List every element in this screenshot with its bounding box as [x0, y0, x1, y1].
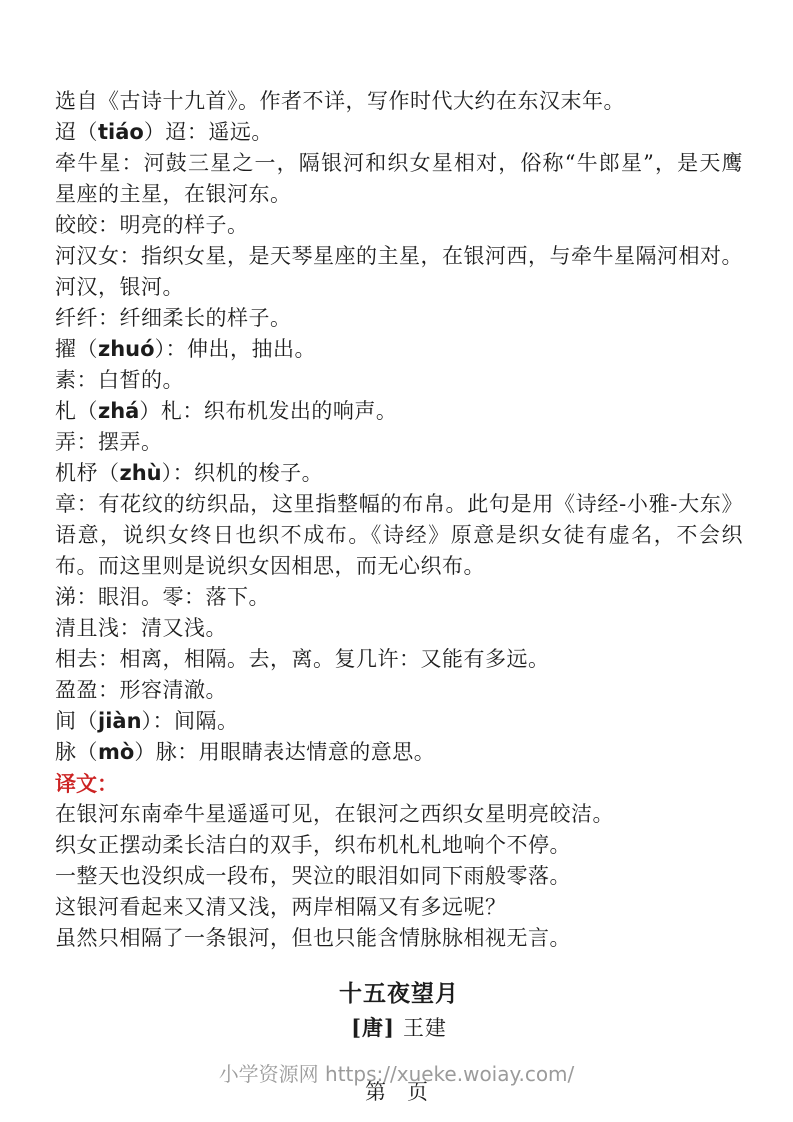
- translation-line: 这银河看起来又清又浅，两岸相隔又有多远呢？: [55, 892, 743, 923]
- translation-heading: 译文：: [55, 768, 743, 799]
- poem-dynasty: [唐]: [351, 1015, 395, 1040]
- poem-author: [唐]王建: [55, 1012, 743, 1044]
- poem-title: 十五夜望月: [55, 978, 743, 1010]
- pinyin-annotation: mò: [98, 740, 134, 764]
- next-poem-header: 十五夜望月 [唐]王建: [55, 978, 743, 1044]
- translation-section: 在银河东南牵牛星遥遥可见，在银河之西织女星明亮皎洁。织女正摆动柔长洁白的双手，织…: [55, 799, 743, 954]
- note-line: 擢（zhuó）：伸出，抽出。: [55, 334, 743, 365]
- document-page: 选自《古诗十九首》。作者不详，写作时代大约在东汉末年。迢（tiáo）迢：遥远。牵…: [0, 0, 793, 1122]
- note-line: 机杼（zhù）：织机的梭子。: [55, 458, 743, 489]
- pinyin-annotation: zhá: [98, 399, 139, 423]
- note-line: 纤纤：纤细柔长的样子。: [55, 303, 743, 334]
- translation-line: 在银河东南牵牛星遥遥可见，在银河之西织女星明亮皎洁。: [55, 799, 743, 830]
- pinyin-annotation: tiáo: [98, 120, 144, 144]
- pinyin-annotation: jiàn: [98, 709, 142, 733]
- translation-line: 虽然只相隔了一条银河，但也只能含情脉脉相视无言。: [55, 923, 743, 954]
- pinyin-annotation: zhuó: [98, 337, 155, 361]
- note-line: 札（zhá）札：织布机发出的响声。: [55, 396, 743, 427]
- poem-author-name: 王建: [403, 1016, 447, 1040]
- page-footer: 小学资源网 https://xueke.woiay.com/ 第 页: [0, 1056, 793, 1122]
- note-line: 河汉女：指织女星，是天琴星座的主星，在银河西，与牵牛星隔河相对。河汉，银河。: [55, 241, 743, 303]
- note-line: 盈盈：形容清澈。: [55, 675, 743, 706]
- note-line: 迢（tiáo）迢：遥远。: [55, 117, 743, 148]
- translation-line: 一整天也没织成一段布，哭泣的眼泪如同下雨般零落。: [55, 861, 743, 892]
- note-line: 皎皎：明亮的样子。: [55, 210, 743, 241]
- note-line: 间（jiàn）：间隔。: [55, 706, 743, 737]
- pinyin-annotation: zhù: [120, 461, 162, 485]
- notes-section: 选自《古诗十九首》。作者不详，写作时代大约在东汉末年。迢（tiáo）迢：遥远。牵…: [55, 86, 743, 768]
- note-line: 涕：眼泪。零：落下。: [55, 582, 743, 613]
- page-number-label: 第 页: [0, 1076, 793, 1106]
- note-line: 清且浅：清又浅。: [55, 613, 743, 644]
- note-line: 选自《古诗十九首》。作者不详，写作时代大约在东汉末年。: [55, 86, 743, 117]
- note-line: 章：有花纹的纺织品，这里指整幅的布帛。此句是用《诗经-小雅-大东》语意，说织女终…: [55, 489, 743, 582]
- note-line: 弄：摆弄。: [55, 427, 743, 458]
- note-line: 素：白皙的。: [55, 365, 743, 396]
- note-line: 脉（mò）脉：用眼睛表达情意的意思。: [55, 737, 743, 768]
- note-line: 相去：相离，相隔。去，离。复几许：又能有多远。: [55, 644, 743, 675]
- translation-line: 织女正摆动柔长洁白的双手，织布机札札地响个不停。: [55, 830, 743, 861]
- note-line: 牵牛星：河鼓三星之一，隔银河和织女星相对，俗称“牛郎星”，是天鹰星座的主星，在银…: [55, 148, 743, 210]
